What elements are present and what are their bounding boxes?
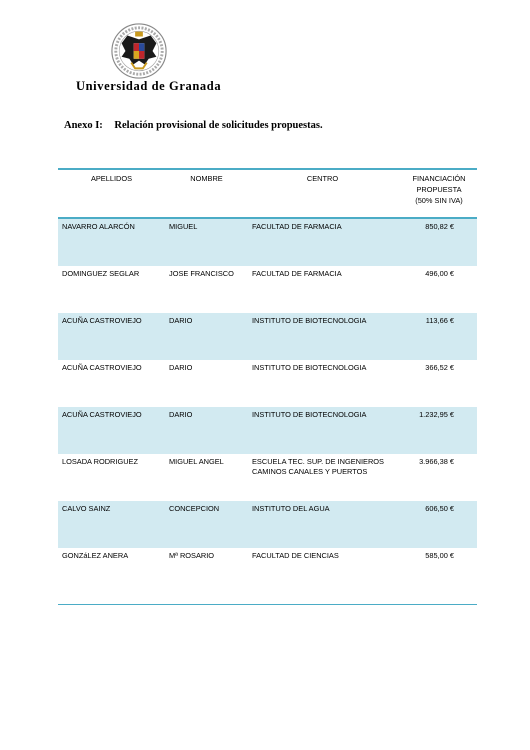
table-row: CALVO SAINZCONCEPCIONINSTITUTO DEL AGUA6… [58, 501, 477, 548]
table-header-row: APELLIDOS NOMBRE CENTRO FINANCIACIÓN PRO… [58, 169, 477, 218]
column-header-apellidos: APELLIDOS [58, 169, 165, 218]
cell-apellidos: CALVO SAINZ [58, 501, 165, 548]
cell-financiacion: 850,82 € [397, 218, 477, 266]
column-header-centro: CENTRO [248, 169, 397, 218]
cell-apellidos: DOMINGUEZ SEGLAR [58, 266, 165, 313]
cell-nombre: Mª ROSARIO [165, 548, 248, 605]
cell-centro: FACULTAD DE FARMACIA [248, 266, 397, 313]
cell-financiacion: 496,00 € [397, 266, 477, 313]
table-row: ACUÑA CASTROVIEJODARIOINSTITUTO DE BIOTE… [58, 360, 477, 407]
annex-title: Relación provisional de solicitudes prop… [114, 120, 322, 131]
cell-centro: INSTITUTO DE BIOTECNOLOGIA [248, 313, 397, 360]
cell-centro: ESCUELA TEC. SUP. DE INGENIEROS CAMINOS … [248, 454, 397, 501]
cell-centro: INSTITUTO DE BIOTECNOLOGIA [248, 407, 397, 454]
annex-heading: Anexo I: Relación provisional de solicit… [64, 120, 323, 131]
cell-centro: FACULTAD DE CIENCIAS [248, 548, 397, 605]
table-row: GONZáLEZ ANERAMª ROSARIOFACULTAD DE CIEN… [58, 548, 477, 605]
cell-apellidos: NAVARRO ALARCÓN [58, 218, 165, 266]
cell-nombre: CONCEPCION [165, 501, 248, 548]
annex-label: Anexo I: [64, 120, 103, 131]
cell-nombre: MIGUEL [165, 218, 248, 266]
cell-apellidos: GONZáLEZ ANERA [58, 548, 165, 605]
cell-apellidos: ACUÑA CASTROVIEJO [58, 313, 165, 360]
header-line: PROPUESTA [401, 184, 477, 195]
table-row: LOSADA RODRIGUEZMIGUEL ANGELESCUELA TEC.… [58, 454, 477, 501]
cell-centro: INSTITUTO DEL AGUA [248, 501, 397, 548]
cell-nombre: MIGUEL ANGEL [165, 454, 248, 501]
cell-apellidos: ACUÑA CASTROVIEJO [58, 407, 165, 454]
table-row: DOMINGUEZ SEGLARJOSE FRANCISCOFACULTAD D… [58, 266, 477, 313]
cell-apellidos: ACUÑA CASTROVIEJO [58, 360, 165, 407]
proposals-table: APELLIDOS NOMBRE CENTRO FINANCIACIÓN PRO… [58, 168, 477, 605]
cell-nombre: DARIO [165, 360, 248, 407]
cell-financiacion: 366,52 € [397, 360, 477, 407]
table-row: ACUÑA CASTROVIEJODARIOINSTITUTO DE BIOTE… [58, 313, 477, 360]
table-row: ACUÑA CASTROVIEJODARIOINSTITUTO DE BIOTE… [58, 407, 477, 454]
header-line: (50% SIN IVA) [401, 195, 477, 206]
cell-financiacion: 3.966,38 € [397, 454, 477, 501]
cell-nombre: DARIO [165, 313, 248, 360]
cell-financiacion: 606,50 € [397, 501, 477, 548]
university-name: Universidad de Granada [76, 79, 221, 94]
university-crest-logo [110, 22, 168, 80]
cell-financiacion: 113,66 € [397, 313, 477, 360]
cell-nombre: DARIO [165, 407, 248, 454]
cell-nombre: JOSE FRANCISCO [165, 266, 248, 313]
header-line: FINANCIACIÓN [401, 173, 477, 184]
cell-financiacion: 585,00 € [397, 548, 477, 605]
cell-apellidos: LOSADA RODRIGUEZ [58, 454, 165, 501]
table-row: NAVARRO ALARCÓNMIGUELFACULTAD DE FARMACI… [58, 218, 477, 266]
column-header-nombre: NOMBRE [165, 169, 248, 218]
cell-centro: FACULTAD DE FARMACIA [248, 218, 397, 266]
cell-centro: INSTITUTO DE BIOTECNOLOGIA [248, 360, 397, 407]
cell-financiacion: 1.232,95 € [397, 407, 477, 454]
column-header-financiacion: FINANCIACIÓN PROPUESTA (50% SIN IVA) [397, 169, 477, 218]
